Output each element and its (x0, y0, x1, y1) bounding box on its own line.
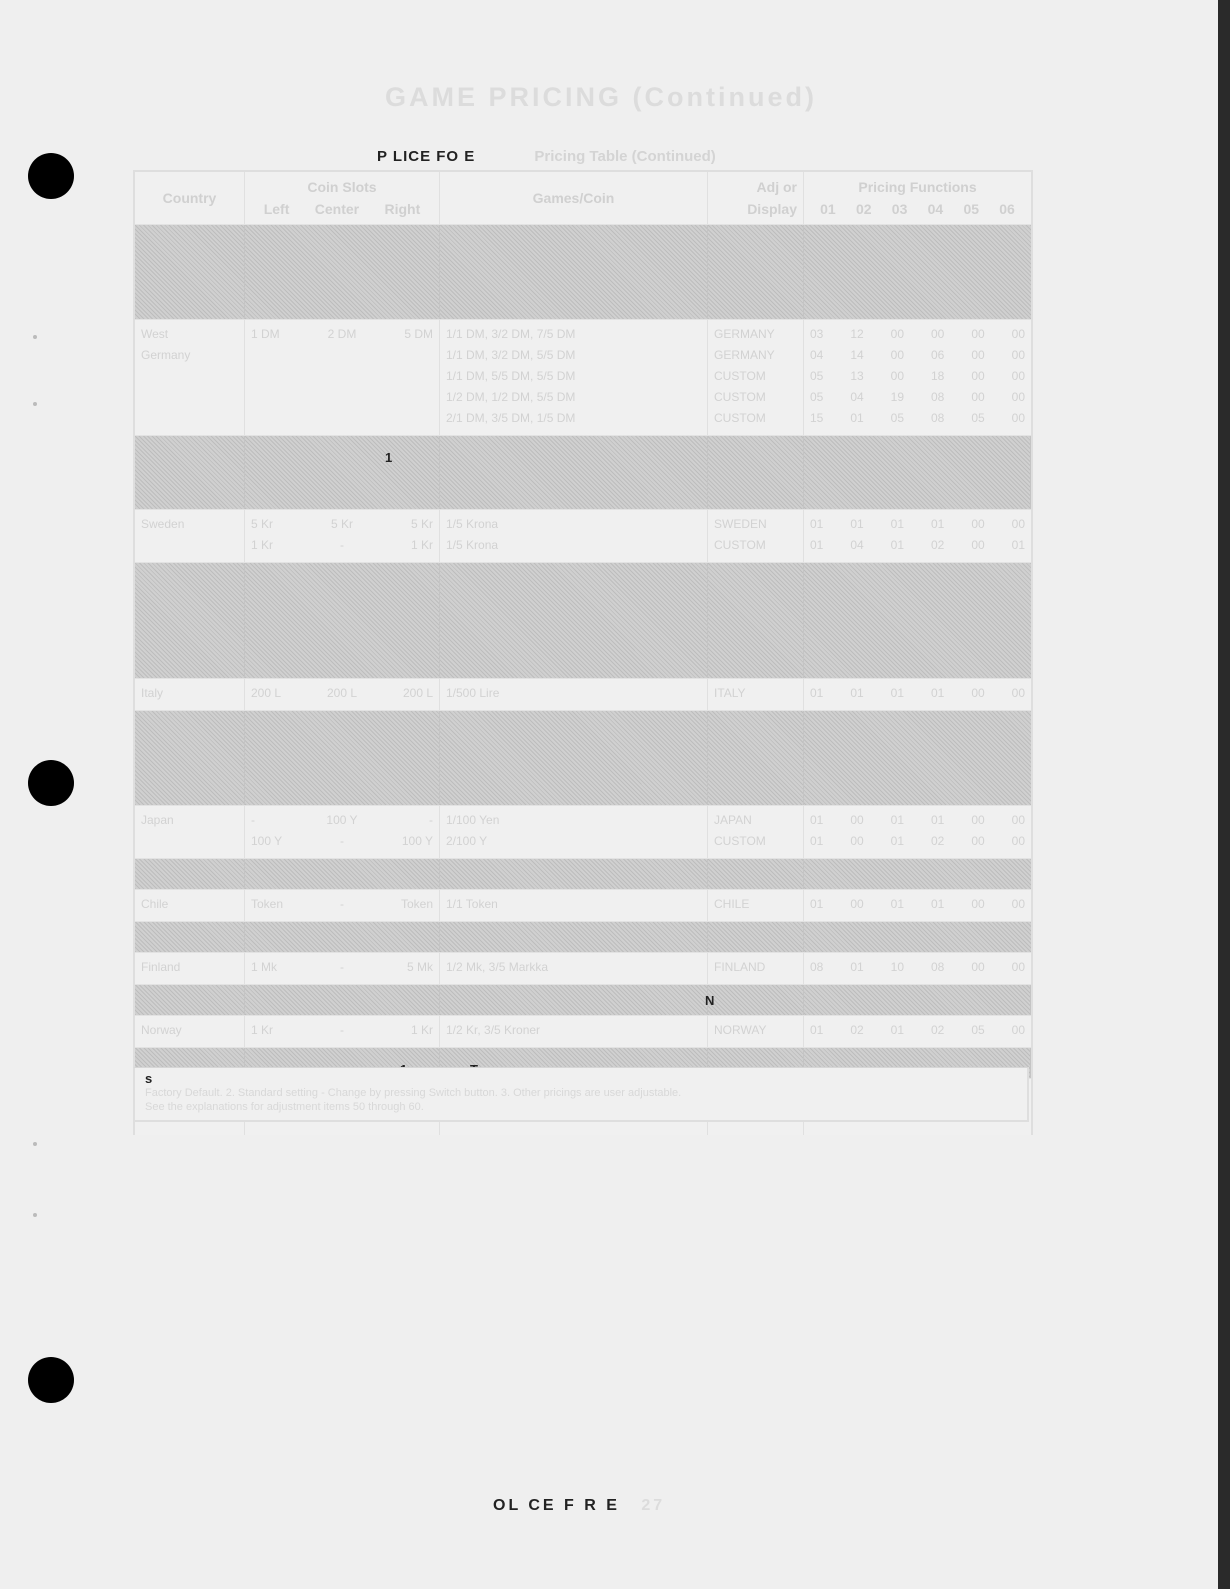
header-display-line2: Display (714, 198, 797, 220)
display-value: ITALY (714, 683, 797, 704)
coin-slots-cell (245, 711, 440, 805)
coin-value: 100 Y (326, 810, 357, 831)
coin-line: 1 Kr-1 Kr (251, 535, 433, 556)
pricing-value: 01 (810, 831, 823, 852)
pricing-value: 00 (891, 345, 904, 366)
pricing-value: 01 (891, 514, 904, 535)
pricing-value: 00 (850, 810, 863, 831)
scan-edge (1218, 0, 1230, 1589)
display-cell (708, 436, 804, 509)
brand-name: P LICE FO E (377, 148, 475, 165)
shaded-row (135, 562, 1031, 678)
header-display: Adj or Display (708, 172, 804, 224)
pricing-value: 00 (971, 894, 984, 915)
coin-value: 1 DM (251, 324, 280, 345)
pricing-value: 06 (931, 345, 944, 366)
document-page: GAME PRICING (Continued) P LICE FO E Pri… (0, 0, 1218, 1589)
coin-slots-cell (245, 225, 440, 319)
pricing-table: Country Coin Slots Left Center Right Gam… (133, 170, 1033, 1135)
display-cell: JAPANCUSTOM (708, 806, 804, 858)
notes-box: s Factory Default. 2. Standard setting -… (133, 1067, 1029, 1122)
games-coin-cell (440, 711, 708, 805)
coin-value: - (340, 1020, 344, 1041)
display-value: NORWAY (714, 1020, 797, 1041)
coin-slots-cell: 1 DM2 DM5 DM (245, 320, 440, 435)
table-row: Norway1 Kr-1 Kr1/2 Kr, 3/5 KronerNORWAY0… (135, 1015, 1031, 1047)
pricing-value: 02 (931, 1020, 944, 1041)
pricing-line: 010101010000 (810, 514, 1025, 535)
pricing-value: 00 (1012, 683, 1025, 704)
coin-value: 2 DM (328, 324, 357, 345)
pricing-value: 08 (931, 387, 944, 408)
coin-slots-cell: 1 Kr-1 Kr (245, 1016, 440, 1047)
coin-line: 1 DM2 DM5 DM (251, 324, 433, 345)
pricing-value: 01 (891, 535, 904, 556)
coin-value: - (251, 810, 255, 831)
pricing-value: 01 (931, 810, 944, 831)
coin-value: 200 L (403, 683, 433, 704)
country-cell: Italy (135, 679, 245, 710)
games-coin-cell: 1/2 Mk, 3/5 Markka (440, 953, 708, 984)
display-value: CHILE (714, 894, 797, 915)
pricing-line: 010101010000 (810, 683, 1025, 704)
coin-line: 1 Mk-5 Mk (251, 957, 433, 978)
games-value: 1/2 DM, 1/2 DM, 5/5 DM (446, 387, 701, 408)
display-value: JAPAN (714, 810, 797, 831)
country-cell: WestGermany (135, 320, 245, 435)
notes-line: See the explanations for adjustment item… (145, 1100, 1017, 1114)
pricing-value: 01 (810, 894, 823, 915)
speck (33, 1142, 37, 1146)
coin-slots-cell (245, 563, 440, 678)
coin-slots-cell: 200 L200 L200 L (245, 679, 440, 710)
display-cell (708, 922, 804, 952)
country-name: West (141, 324, 238, 345)
pricing-value: 00 (971, 345, 984, 366)
games-value: 1/1 DM, 3/2 DM, 5/5 DM (446, 345, 701, 366)
coin-value: 1 Kr (411, 1020, 433, 1041)
pricing-value: 00 (1012, 894, 1025, 915)
games-coin-cell (440, 225, 708, 319)
pricing-value: 01 (1012, 535, 1025, 556)
pricing-value: 01 (850, 514, 863, 535)
pricing-line: 010201020500 (810, 1020, 1025, 1041)
pricing-value: 01 (891, 683, 904, 704)
shaded-row: 1 (135, 435, 1031, 509)
pricing-value: 01 (810, 810, 823, 831)
shaded-row (135, 710, 1031, 805)
pricing-line: 150105080500 (810, 408, 1025, 429)
pricing-value: 12 (850, 324, 863, 345)
pricing-value: 00 (971, 535, 984, 556)
pricing-cell: 010201020500 (804, 1016, 1031, 1047)
games-coin-cell: 1/1 DM, 3/2 DM, 7/5 DM1/1 DM, 3/2 DM, 5/… (440, 320, 708, 435)
header-center: Center (315, 198, 359, 220)
pricing-line: 010001010000 (810, 894, 1025, 915)
shaded-row: N (135, 984, 1031, 1015)
coin-value: - (429, 810, 433, 831)
display-value: GERMANY (714, 324, 797, 345)
pricing-value: 04 (850, 535, 863, 556)
display-cell (708, 859, 804, 889)
scan-mark: N (705, 993, 714, 1008)
display-cell: CHILE (708, 890, 804, 921)
country-name: Finland (141, 957, 238, 978)
pricing-line: 031200000000 (810, 324, 1025, 345)
coin-slots-cell: -100 Y-100 Y-100 Y (245, 806, 440, 858)
pricing-line: 080110080000 (810, 957, 1025, 978)
games-coin-cell: 1/100 Yen2/100 Y (440, 806, 708, 858)
country-name: Japan (141, 810, 238, 831)
page-title: GAME PRICING (Continued) (385, 82, 817, 113)
pricing-value: 00 (1012, 957, 1025, 978)
coin-line: Token-Token (251, 894, 433, 915)
country-name: Norway (141, 1020, 238, 1041)
pricing-value: 00 (971, 831, 984, 852)
country-cell: Finland (135, 953, 245, 984)
header-pricing: Pricing Functions 01 02 03 04 05 06 (804, 172, 1031, 224)
scan-mark: 1 (385, 450, 392, 465)
pricing-value: 00 (971, 957, 984, 978)
pricing-value: 00 (1012, 345, 1025, 366)
shaded-row (135, 858, 1031, 889)
table-caption: P LICE FO E Pricing Table (Continued) (377, 148, 716, 165)
country-cell (135, 436, 245, 509)
coin-line: -100 Y- (251, 810, 433, 831)
coin-value: 100 Y (402, 831, 433, 852)
pricing-value: 00 (1012, 514, 1025, 535)
pricing-cell (804, 859, 1031, 889)
header-fn: 01 (820, 198, 836, 220)
pricing-line: 010401020001 (810, 535, 1025, 556)
games-value: 1/2 Mk, 3/5 Markka (446, 957, 701, 978)
pricing-value: 00 (850, 894, 863, 915)
pricing-value: 05 (971, 408, 984, 429)
games-value: 1/500 Lire (446, 683, 701, 704)
country-cell: Chile (135, 890, 245, 921)
coin-slots-cell (245, 985, 440, 1015)
display-cell: GERMANYGERMANYCUSTOMCUSTOMCUSTOM (708, 320, 804, 435)
coin-value: 1 Mk (251, 957, 277, 978)
pricing-value: 00 (1012, 408, 1025, 429)
pricing-line: 010001010000 (810, 810, 1025, 831)
speck (33, 1213, 37, 1217)
display-cell (708, 225, 804, 319)
pricing-cell: 0312000000000414000600000513001800000504… (804, 320, 1031, 435)
country-cell (135, 225, 245, 319)
header-right: Right (385, 198, 421, 220)
pricing-cell: 010001010000 (804, 890, 1031, 921)
table-row: Italy200 L200 L200 L1/500 LireITALY01010… (135, 678, 1031, 710)
coin-value: 5 Mk (407, 957, 433, 978)
games-coin-cell: 1/500 Lire (440, 679, 708, 710)
pricing-value: 02 (931, 831, 944, 852)
header-pricing-label: Pricing Functions (810, 176, 1025, 198)
display-cell: ITALY (708, 679, 804, 710)
coin-value: 5 Kr (331, 514, 353, 535)
table-header: Country Coin Slots Left Center Right Gam… (135, 172, 1031, 224)
pricing-value: 00 (1012, 831, 1025, 852)
table-body: WestGermany1 DM2 DM5 DM1/1 DM, 3/2 DM, 7… (135, 224, 1031, 1135)
pricing-value: 13 (850, 366, 863, 387)
coin-slots-cell (245, 436, 440, 509)
shaded-row (135, 224, 1031, 319)
country-cell (135, 563, 245, 678)
page-footer: OL CE F R E 27 (493, 1497, 665, 1515)
footer-brand: OL CE F R E (493, 1497, 620, 1514)
pricing-value: 00 (971, 366, 984, 387)
games-coin-cell: 1/2 Kr, 3/5 Kroner (440, 1016, 708, 1047)
games-value: 1/2 Kr, 3/5 Kroner (446, 1020, 701, 1041)
coin-value: 1 Kr (251, 1020, 273, 1041)
pricing-value: 01 (891, 831, 904, 852)
pricing-value: 02 (931, 535, 944, 556)
pricing-value: 00 (1012, 387, 1025, 408)
pricing-cell: 010101010000010401020001 (804, 510, 1031, 562)
pricing-value: 00 (931, 324, 944, 345)
pricing-value: 01 (810, 683, 823, 704)
display-value: CUSTOM (714, 366, 797, 387)
notes-line: Factory Default. 2. Standard setting - C… (145, 1086, 1017, 1100)
pricing-value: 05 (810, 366, 823, 387)
display-cell: SWEDENCUSTOM (708, 510, 804, 562)
display-value: CUSTOM (714, 831, 797, 852)
country-name: Sweden (141, 514, 238, 535)
pricing-cell (804, 436, 1031, 509)
pricing-value: 04 (810, 345, 823, 366)
pricing-value: 01 (891, 810, 904, 831)
games-coin-cell: 1/5 Krona1/5 Krona (440, 510, 708, 562)
country-cell: Sweden (135, 510, 245, 562)
pricing-value: 00 (1012, 1020, 1025, 1041)
pricing-line: 041400060000 (810, 345, 1025, 366)
pricing-value: 00 (971, 514, 984, 535)
shaded-row (135, 921, 1031, 952)
games-value: 2/1 DM, 3/5 DM, 1/5 DM (446, 408, 701, 429)
pricing-value: 05 (810, 387, 823, 408)
games-value: 1/1 Token (446, 894, 701, 915)
pricing-value: 00 (971, 810, 984, 831)
header-fn: 03 (892, 198, 908, 220)
table-row: Sweden5 Kr5 Kr5 Kr1 Kr-1 Kr1/5 Krona1/5 … (135, 509, 1031, 562)
games-coin-cell (440, 436, 708, 509)
notes-label: s (145, 1072, 1017, 1086)
pricing-value: 02 (850, 1020, 863, 1041)
coin-value: - (340, 831, 344, 852)
display-value: CUSTOM (714, 535, 797, 556)
games-value: 1/100 Yen (446, 810, 701, 831)
games-coin-cell (440, 563, 708, 678)
display-value: GERMANY (714, 345, 797, 366)
binder-hole (28, 153, 74, 199)
games-value: 1/1 DM, 3/2 DM, 7/5 DM (446, 324, 701, 345)
display-cell: NORWAY (708, 1016, 804, 1047)
pricing-value: 08 (931, 957, 944, 978)
pricing-line: 051300180000 (810, 366, 1025, 387)
country-name: Italy (141, 683, 238, 704)
pricing-value: 08 (810, 957, 823, 978)
speck (33, 335, 37, 339)
coin-slots-cell: 5 Kr5 Kr5 Kr1 Kr-1 Kr (245, 510, 440, 562)
games-coin-cell (440, 985, 708, 1015)
header-country: Country (135, 172, 245, 224)
pricing-value: 01 (810, 514, 823, 535)
games-value: 1/1 DM, 5/5 DM, 5/5 DM (446, 366, 701, 387)
pricing-value: 00 (1012, 324, 1025, 345)
table-row: WestGermany1 DM2 DM5 DM1/1 DM, 3/2 DM, 7… (135, 319, 1031, 435)
pricing-value: 00 (891, 366, 904, 387)
coin-value: - (340, 535, 344, 556)
header-fn: 06 (999, 198, 1015, 220)
header-coin-slots: Coin Slots Left Center Right (245, 172, 440, 224)
display-value: CUSTOM (714, 408, 797, 429)
coin-line: 1 Kr-1 Kr (251, 1020, 433, 1041)
display-cell (708, 711, 804, 805)
page-number: 27 (641, 1497, 665, 1514)
pricing-value: 00 (971, 387, 984, 408)
coin-slots-cell (245, 859, 440, 889)
coin-value: 200 L (327, 683, 357, 704)
pricing-value: 01 (891, 894, 904, 915)
coin-value: - (340, 894, 344, 915)
header-left: Left (264, 198, 290, 220)
pricing-value: 01 (931, 683, 944, 704)
pricing-value: 00 (1012, 366, 1025, 387)
caption-text: Pricing Table (Continued) (534, 148, 715, 165)
coin-slots-cell: Token-Token (245, 890, 440, 921)
coin-value: 200 L (251, 683, 281, 704)
coin-value: 5 Kr (411, 514, 433, 535)
coin-value: Token (401, 894, 433, 915)
pricing-value: 05 (971, 1020, 984, 1041)
games-coin-cell: 1/1 Token (440, 890, 708, 921)
header-fn: 02 (856, 198, 872, 220)
pricing-cell: 080110080000 (804, 953, 1031, 984)
coin-value: 5 DM (404, 324, 433, 345)
country-cell (135, 859, 245, 889)
coin-value: 5 Kr (251, 514, 273, 535)
header-coin-slots-label: Coin Slots (251, 176, 433, 198)
binder-hole (28, 760, 74, 806)
pricing-value: 00 (850, 831, 863, 852)
header-fn: 04 (928, 198, 944, 220)
pricing-cell: 010001010000010001020000 (804, 806, 1031, 858)
speck (33, 402, 37, 406)
pricing-line: 050419080000 (810, 387, 1025, 408)
display-value: SWEDEN (714, 514, 797, 535)
pricing-value: 01 (810, 1020, 823, 1041)
binder-hole (28, 1357, 74, 1403)
games-value: 2/100 Y (446, 831, 701, 852)
header-games-coin: Games/Coin (440, 172, 708, 224)
pricing-value: 15 (810, 408, 823, 429)
coin-line: 100 Y-100 Y (251, 831, 433, 852)
games-value: 1/5 Krona (446, 535, 701, 556)
pricing-value: 01 (810, 535, 823, 556)
coin-line: 200 L200 L200 L (251, 683, 433, 704)
coin-value: 1 Kr (251, 535, 273, 556)
table-row: Japan-100 Y-100 Y-100 Y1/100 Yen2/100 YJ… (135, 805, 1031, 858)
pricing-value: 00 (891, 324, 904, 345)
pricing-value: 05 (891, 408, 904, 429)
country-cell (135, 711, 245, 805)
coin-value: 100 Y (251, 831, 282, 852)
table-row: Finland1 Mk-5 Mk1/2 Mk, 3/5 MarkkaFINLAN… (135, 952, 1031, 984)
pricing-line: 010001020000 (810, 831, 1025, 852)
pricing-value: 04 (850, 387, 863, 408)
pricing-value: 03 (810, 324, 823, 345)
display-cell (708, 563, 804, 678)
pricing-value: 00 (971, 683, 984, 704)
games-coin-cell (440, 922, 708, 952)
pricing-value: 08 (931, 408, 944, 429)
coin-line: 5 Kr5 Kr5 Kr (251, 514, 433, 535)
pricing-value: 18 (931, 366, 944, 387)
pricing-value: 01 (891, 1020, 904, 1041)
country-name: Chile (141, 894, 238, 915)
coin-value: - (340, 957, 344, 978)
display-value: CUSTOM (714, 387, 797, 408)
coin-slots-cell: 1 Mk-5 Mk (245, 953, 440, 984)
country-cell: Japan (135, 806, 245, 858)
header-display-line1: Adj or (714, 176, 797, 198)
pricing-cell (804, 985, 1031, 1015)
pricing-value: 01 (850, 957, 863, 978)
country-cell (135, 985, 245, 1015)
country-cell: Norway (135, 1016, 245, 1047)
pricing-cell: 010101010000 (804, 679, 1031, 710)
pricing-value: 19 (891, 387, 904, 408)
pricing-cell (804, 225, 1031, 319)
coin-slots-cell (245, 922, 440, 952)
country-cell (135, 922, 245, 952)
pricing-cell (804, 563, 1031, 678)
pricing-value: 01 (931, 894, 944, 915)
pricing-value: 00 (1012, 810, 1025, 831)
pricing-value: 01 (931, 514, 944, 535)
games-coin-cell (440, 859, 708, 889)
pricing-value: 10 (891, 957, 904, 978)
pricing-cell (804, 711, 1031, 805)
coin-value: Token (251, 894, 283, 915)
pricing-value: 01 (850, 408, 863, 429)
pricing-value: 00 (971, 324, 984, 345)
pricing-cell (804, 922, 1031, 952)
display-cell: FINLAND (708, 953, 804, 984)
pricing-value: 14 (850, 345, 863, 366)
coin-value: 1 Kr (411, 535, 433, 556)
country-name: Germany (141, 345, 238, 366)
header-fn: 05 (963, 198, 979, 220)
table-row: ChileToken-Token1/1 TokenCHILE0100010100… (135, 889, 1031, 921)
games-value: 1/5 Krona (446, 514, 701, 535)
display-value: FINLAND (714, 957, 797, 978)
display-cell (708, 985, 804, 1015)
pricing-value: 01 (850, 683, 863, 704)
